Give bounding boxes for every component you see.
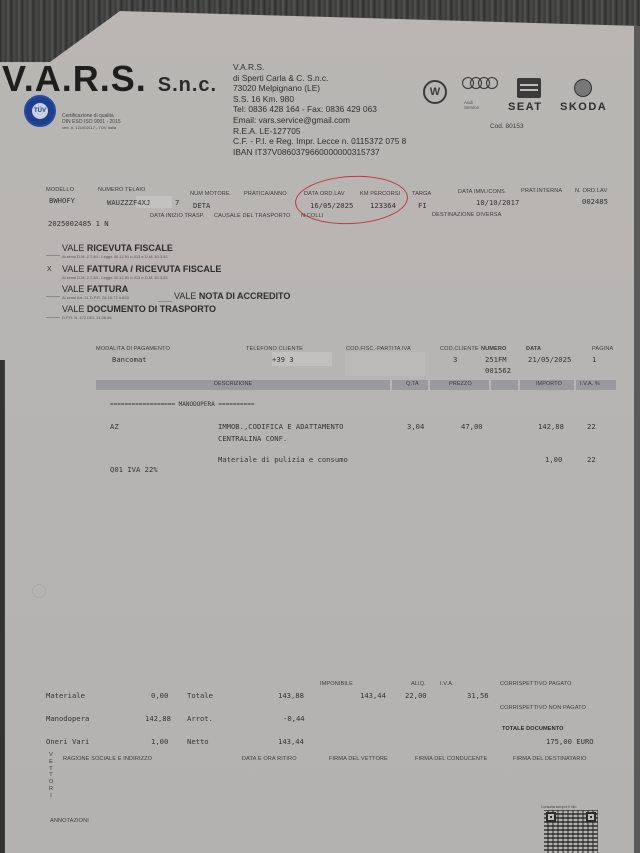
address-line: 73020 Melpignano (LE): [233, 83, 406, 94]
value-netto: 143,44: [278, 737, 304, 746]
vale-prefix: VALE: [62, 243, 84, 253]
value-num-motore: DETA: [193, 201, 210, 210]
brand-name: V.A.R.S.: [2, 58, 147, 99]
value-numero-suffix: 001562: [485, 366, 511, 375]
vw-logo-icon: W: [423, 80, 447, 104]
value-data-immatricolazione: 10/10/2017: [476, 198, 519, 207]
audi-service-caption: Audi Service: [464, 100, 479, 110]
value-numero: 251FM: [485, 355, 507, 364]
vettori-vertical-label: VETTORI: [48, 752, 54, 800]
address-line: R.E.A. LE-127705: [233, 126, 406, 137]
qr-caption: Consulta sempre il sito: [541, 805, 576, 809]
cell-prezzo: 47,00: [461, 422, 483, 431]
label-numero-telaio: NUMERO TELAIO: [98, 187, 146, 193]
cell-description: IMMOB.,CODIFICA E ADATTAMENTO: [218, 422, 344, 431]
value-cod-cliente: 3: [453, 355, 457, 364]
skoda-logo-icon: [574, 79, 592, 97]
address-line: di Sperti Carla & C. S.n.c.: [233, 73, 406, 84]
label-num-motore: NUM MOTORE: [190, 191, 230, 197]
value-n-ord-lav: 002485: [582, 197, 608, 206]
vale-prefix: VALE: [174, 291, 196, 301]
label-numero: NUMERO: [481, 346, 506, 352]
label-ragione-sociale: RAGIONE SOCIALE E INDIRIZZO: [63, 756, 152, 762]
col-qta: Q.TA: [406, 381, 419, 387]
punch-hole-mark: [32, 584, 46, 598]
doc-type-note: Ai sensi D.M. 2.7.80 - Legge 30.12.91 n.…: [62, 254, 168, 259]
audi-caption-line: Service: [464, 105, 479, 110]
label-totale: Totale: [187, 691, 213, 700]
label-arrot: Arrot.: [187, 714, 213, 723]
iva-note: Q01 IVA 22%: [110, 465, 158, 474]
vale-prefix: VALE: [62, 264, 84, 274]
doc-type-title: FATTURA / RICEVUTA FISCALE: [87, 264, 222, 274]
doc-type-note: Ai sensi Art. 21 D.P.R. 26.10.72 n.633: [62, 295, 129, 300]
cell-code: AZ: [110, 422, 119, 431]
address-line: C.F. - P.I. e Reg. Impr. Lecce n. 011537…: [233, 136, 406, 147]
value-targa: FI: [418, 201, 427, 210]
value-aliq: 22,00: [405, 691, 427, 700]
value-modalita-pagamento: Bancomat: [112, 355, 147, 364]
cell-qta: 3,04: [407, 422, 424, 431]
value-oneri-vari: 1,00: [151, 737, 168, 746]
cell-iva: 22: [587, 455, 596, 464]
label-data: DATA: [526, 346, 541, 352]
tuv-certification-logo: TÜV: [24, 95, 56, 127]
checkbox-blank: [46, 317, 60, 318]
label-destinazione-diversa: DESTINAZIONE DIVERSA: [432, 212, 501, 218]
value-materiale: 0,00: [151, 691, 168, 700]
col-descrizione: DESCRIZIONE: [214, 381, 252, 387]
label-firma-vettore: FIRMA DEL VETTORE: [329, 756, 388, 762]
label-corrispettivo-non-pagato: CORRISPETTIVO NON PAGATO: [500, 705, 586, 711]
label-modello: MODELLO: [46, 187, 74, 193]
label-iva: I.V.A.: [440, 681, 454, 687]
label-cod-cliente: COD.CLIENTE: [440, 346, 479, 352]
label-aliq: ALIQ.: [411, 681, 426, 687]
col-iva: I.V.A. %: [580, 381, 600, 387]
col-importo: IMPORTO: [536, 381, 562, 387]
doc-type-note: D.P.R. N. 472 DEL 14.08.96: [62, 315, 112, 320]
qr-code-icon: [544, 810, 598, 853]
label-data-immatricolazione: DATA IMM./CONS.: [458, 189, 507, 195]
label-n-colli: N.COLLI: [301, 213, 323, 219]
table-header: DESCRIZIONE Q.TA PREZZO IMPORTO I.V.A. %: [96, 380, 616, 390]
checkbox-blank: [46, 296, 60, 297]
brand-suffix: S.n.c.: [158, 74, 217, 96]
value-telefono-cliente: +39 3: [272, 355, 294, 364]
doc-type-title: RICEVUTA FISCALE: [87, 243, 173, 253]
value-totale: 143,88: [278, 691, 304, 700]
address-line: S.S. 16 Km. 980: [233, 94, 406, 105]
redacted-partita-iva: [345, 352, 425, 376]
address-line: V.A.R.S.: [233, 62, 406, 73]
tuv-badge-text: TÜV: [32, 103, 48, 119]
label-targa: TARGA: [412, 191, 431, 197]
label-imponibile: IMPONIBILE: [320, 681, 353, 687]
seat-logo-icon: [517, 78, 541, 98]
value-manodopera: 142,88: [145, 714, 171, 723]
label-manodopera: Manodopera: [46, 714, 89, 723]
label-oneri-vari: Oneri Vari: [46, 737, 89, 746]
doc-type-title: DOCUMENTO DI TRASPORTO: [87, 304, 216, 314]
cell-iva: 22: [587, 422, 596, 431]
label-firma-conducente: FIRMA DEL CONDUCENTE: [415, 756, 487, 762]
checkbox-mark-x: X: [47, 266, 52, 273]
skoda-wordmark: SKODA: [560, 101, 607, 113]
value-totale-documento: 175,00 EURO: [546, 737, 594, 746]
label-causale-trasporto: CAUSALE DEL TRASPORTO: [214, 213, 291, 219]
label-pagina: PAGINA: [592, 346, 613, 352]
label-pratica-anno: PRATICA/ANNO: [244, 191, 287, 197]
value-pagina: 1: [592, 355, 596, 364]
address-line: Tel: 0836 428 164 - Fax: 0836 429 063: [233, 104, 406, 115]
label-data-inizio-trasp: DATA INIZIO TRASP.: [150, 213, 205, 219]
label-annotazioni: ANNOTAZIONI: [50, 818, 89, 824]
label-n-ord-lav: N. ORD.LAV: [575, 188, 607, 194]
certification-text: Certificazione di qualità DIN ESO ISO 90…: [62, 113, 121, 131]
section-manodopera: ================== MANODOPERA ==========: [110, 401, 255, 408]
doc-type-title: FATTURA: [87, 284, 128, 294]
value-telaio-suffix: 7: [175, 198, 179, 207]
cell-importo: 1,00: [545, 455, 562, 464]
company-brand: V.A.R.S. S.n.c.: [2, 58, 217, 100]
doc-type-note: Ai sensi D.M. 2.7.80 - Legge 30.12.91 n.…: [62, 275, 168, 280]
label-prat-interna: PRAT.INTERNA: [521, 188, 562, 194]
cell-description: Materiale di pulizia e consumo: [218, 455, 348, 464]
company-address-block: V.A.R.S. di Sperti Carla & C. S.n.c. 730…: [233, 62, 406, 157]
value-data: 21/05/2025: [528, 355, 571, 364]
value-arrot: -0,44: [283, 714, 305, 723]
checkbox-blank: [158, 301, 172, 302]
label-materiale: Materiale: [46, 691, 85, 700]
checkbox-blank: [46, 255, 60, 256]
label-totale-documento: TOTALE DOCUMENTO: [502, 726, 564, 732]
seat-wordmark: SEAT: [508, 101, 543, 113]
vale-prefix: VALE: [62, 284, 84, 294]
paper-edge-shadow-left: [0, 360, 4, 853]
label-data-ora-ritiro: DATA E ORA RITIRO: [242, 756, 297, 762]
iban-line: IBAN IT37V0860379660000000315737: [233, 147, 406, 158]
paper-edge-shadow: [634, 26, 640, 853]
document-reference: 2025002485 1 N: [48, 219, 109, 228]
value-modello: BWHOFY: [49, 196, 75, 205]
email-line: Email: vars.service@gmail.com: [233, 115, 406, 126]
label-corrispettivo-pagato: CORRISPETTIVO PAGATO: [500, 681, 572, 687]
label-firma-destinatario: FIRMA DEL DESTINATARIO: [513, 756, 587, 762]
label-netto: Netto: [187, 737, 209, 746]
cell-importo: 142,88: [538, 422, 564, 431]
value-numero-telaio: WAUZZZF4XJ: [107, 198, 150, 207]
label-modalita-pagamento: MODALITA DI PAGAMENTO: [96, 346, 170, 352]
doc-type-title: NOTA DI ACCREDITO: [199, 291, 291, 301]
value-imponibile: 143,44: [360, 691, 386, 700]
dealer-code: Cod. 80153: [490, 123, 524, 130]
vale-prefix: VALE: [62, 304, 84, 314]
value-iva: 31,56: [467, 691, 489, 700]
cell-description-cont: CENTRALINA CONF.: [218, 434, 287, 443]
cert-line: cert. n. 121002117 - TÜV Italia: [62, 125, 121, 131]
col-prezzo: PREZZO: [449, 381, 472, 387]
